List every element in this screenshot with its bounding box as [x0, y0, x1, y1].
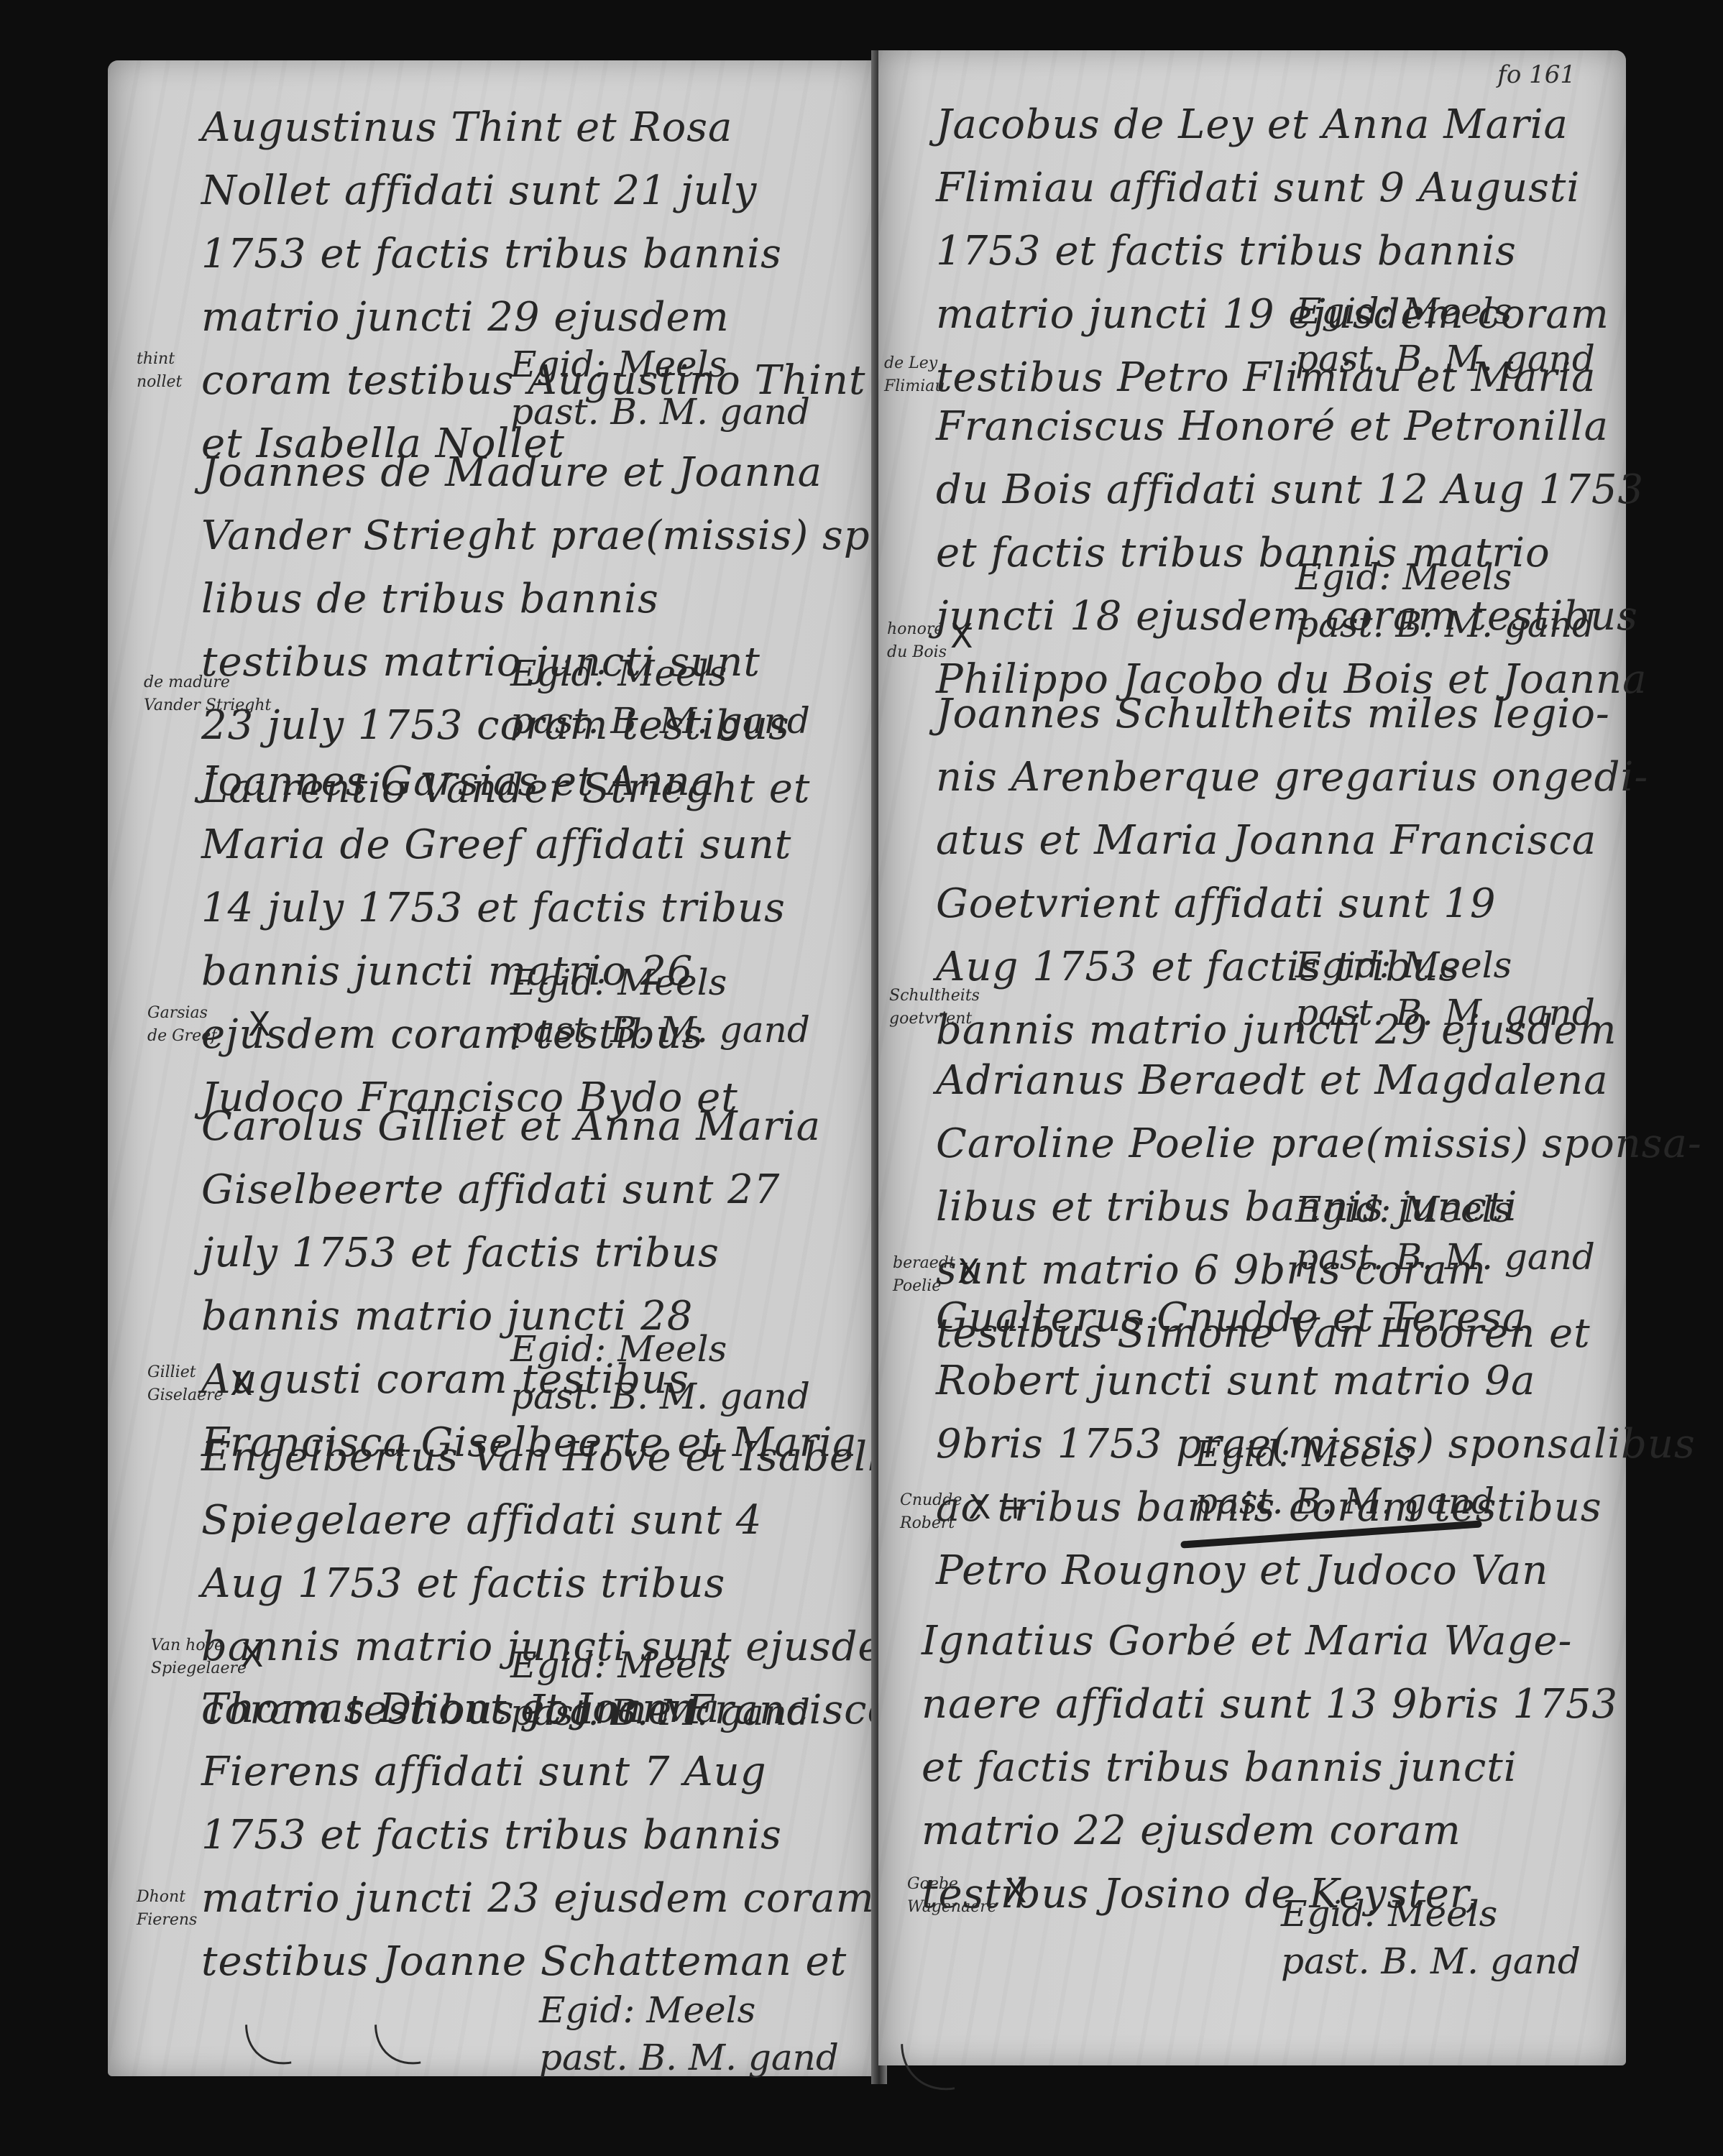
- left-page: Augustinus Thint et Rosa Nollet affidati…: [108, 60, 877, 2076]
- signature-line: Egid: Meels: [1195, 1430, 1494, 1478]
- priest-signature: Egid: Meels past. B. M. gand: [539, 1986, 839, 2081]
- margin-surname-note: Dhont Fierens: [137, 1886, 197, 1932]
- margin-line: beraedt: [893, 1252, 955, 1275]
- margin-line: Van hove: [151, 1634, 247, 1657]
- entry-line: matrio juncti 23 ejusdem coram: [201, 1867, 875, 1930]
- entry-line: 1753 et factis tribus bannis: [936, 220, 1609, 283]
- cross-mark-icon: X: [957, 1255, 980, 1288]
- entry-line: Maria de Greef affidati sunt: [201, 814, 791, 877]
- margin-line: nollet: [137, 371, 182, 394]
- entry-line: nis Arenberque gregarius ongedi-: [936, 746, 1648, 809]
- priest-signature: Egid: Meels past. B. M. gand: [510, 650, 810, 745]
- signature-line: past. B. M. gand: [1195, 1478, 1494, 1525]
- entry-line: Petro Rougnoy et Judoco Van: [936, 1539, 1696, 1603]
- signature-line: Egid: Meels: [1295, 287, 1595, 335]
- signature-line: past. B. M. gand: [510, 1006, 810, 1054]
- entry-line: Franciscus Honoré et Petronilla: [936, 395, 1648, 459]
- entry-line: 1753 et factis tribus bannis: [201, 223, 865, 286]
- entry-line: Thomas Dhont et Joanna: [201, 1677, 875, 1741]
- register-entry: Joannes Garsias et Anna Maria de Greef a…: [201, 750, 791, 1130]
- signature-line: Egid: Meels: [539, 1986, 839, 2034]
- priest-signature: Egid: Meels past. B. M. gand: [1281, 1890, 1581, 1985]
- entry-line: Joannes de Madure et Joanna: [201, 441, 982, 505]
- margin-surname-note: Van hove Spiegelaere: [151, 1634, 247, 1680]
- entry-line: Gualterus Cnudde et Teresa: [936, 1286, 1696, 1350]
- margin-surname-note: Goebe Wagenaere: [907, 1873, 997, 1919]
- margin-line: Schultheits: [889, 985, 980, 1008]
- signature-line: past. B. M. gand: [1281, 1938, 1581, 1985]
- cross-mark-icon: X: [1004, 1874, 1027, 1907]
- priest-signature: Egid: Meels past. B. M. gand: [510, 341, 810, 436]
- margin-surname-note: honoré du Bois: [887, 618, 947, 664]
- margin-line: thint: [137, 348, 182, 371]
- priest-signature: Egid: Meels past. B. M. gand: [1195, 1430, 1494, 1525]
- entry-line: Vander Strieght prae(missis) sponsa-: [201, 505, 982, 568]
- margin-line: Giselaere: [147, 1384, 224, 1407]
- entry-line: 1753 et factis tribus bannis: [201, 1804, 875, 1867]
- cross-mark-icon: X: [950, 619, 973, 653]
- priest-signature: Egid: Meels past. B. M. gand: [1295, 287, 1595, 382]
- entry-line: atus et Maria Joanna Francisca: [936, 809, 1648, 872]
- margin-line: Robert: [900, 1512, 962, 1535]
- entry-line: Flimiau affidati sunt 9 Augusti: [936, 157, 1609, 220]
- cross-mark-icon: X: [248, 1008, 271, 1041]
- entry-line: Engelbertus Van Hove et Isabella: [201, 1426, 922, 1489]
- priest-signature: Egid: Meels past. B. M. gand: [1295, 553, 1595, 648]
- signature-line: past. B. M. gand: [510, 697, 810, 745]
- entry-line: matrio 22 ejusdem coram: [922, 1800, 1618, 1863]
- priest-signature: Egid: Meels past. B. M. gand: [510, 1325, 810, 1420]
- signature-line: past. B. M. gand: [510, 1373, 810, 1420]
- signature-line: past. B. M. gand: [1295, 601, 1595, 648]
- entry-line: du Bois affidati sunt 12 Aug 1753: [936, 459, 1648, 522]
- cross-mark-icon: X +: [968, 1491, 1029, 1524]
- signature-line: Egid: Meels: [510, 341, 810, 388]
- margin-line: Garsias: [147, 1002, 216, 1025]
- register-entry: Thomas Dhont et Joanna Fierens affidati …: [201, 1677, 875, 1994]
- entry-line: Spiegelaere affidati sunt 4: [201, 1489, 922, 1552]
- entry-line: Jacobus de Ley et Anna Maria: [936, 93, 1609, 157]
- entry-line: july 1753 et factis tribus: [201, 1222, 858, 1285]
- entry-line: Giselbeerte affidati sunt 27: [201, 1158, 858, 1222]
- entry-line: Adrianus Beraedt et Magdalena: [936, 1049, 1702, 1112]
- entry-line: Ignatius Gorbé et Maria Wage-: [922, 1610, 1618, 1673]
- margin-line: du Bois: [887, 641, 947, 664]
- entry-line: Nollet affidati sunt 21 july: [201, 160, 865, 223]
- entry-line: matrio juncti 29 ejusdem: [201, 286, 865, 349]
- entry-line: Goetvrient affidati sunt 19: [936, 872, 1648, 936]
- margin-line: de Ley: [884, 352, 945, 375]
- entry-line: naere affidati sunt 13 9bris 1753: [922, 1673, 1618, 1736]
- folio-number: fo 161: [1497, 60, 1576, 89]
- signature-line: Egid: Meels: [510, 1325, 810, 1373]
- signature-line: past. B. M. gand: [539, 2034, 839, 2081]
- margin-surname-note: Garsias de Greef: [147, 1002, 216, 1048]
- margin-surname-note: Schultheits goetvrient: [889, 985, 980, 1031]
- cross-mark-icon: X: [241, 1639, 264, 1672]
- signature-line: Egid: Meels: [1295, 1186, 1595, 1233]
- priest-signature: Egid: Meels past. B. M. gand: [510, 959, 810, 1054]
- entry-line: Fierens affidati sunt 7 Aug: [201, 1741, 875, 1804]
- margin-surname-note: de madure Vander Strieght: [144, 671, 271, 717]
- signature-line: Egid: Meels: [510, 959, 810, 1006]
- margin-surname-note: de Ley Flimiau: [884, 352, 945, 398]
- margin-surname-note: thint nollet: [137, 348, 182, 394]
- margin-line: goetvrient: [889, 1008, 980, 1031]
- margin-line: Cnudde: [900, 1489, 962, 1512]
- cross-mark-icon: X: [230, 1367, 253, 1400]
- ink-flourish: [876, 1944, 1042, 2114]
- margin-line: Wagenaere: [907, 1896, 997, 1919]
- margin-surname-note: Cnudde Robert: [900, 1489, 962, 1535]
- entry-line: et factis tribus bannis juncti: [922, 1736, 1618, 1800]
- margin-line: Fierens: [137, 1909, 197, 1932]
- margin-line: honoré: [887, 618, 947, 641]
- entry-line: Robert juncti sunt matrio 9a: [936, 1350, 1696, 1413]
- signature-line: past. B. M. gand: [1295, 335, 1595, 382]
- signature-line: Egid: Meels: [510, 650, 810, 697]
- margin-surname-note: Gilliet Giselaere: [147, 1361, 224, 1407]
- entry-line: Joannes Schultheits miles legio-: [936, 683, 1648, 746]
- signature-line: past. B. M. gand: [1295, 1233, 1595, 1281]
- margin-line: de madure: [144, 671, 271, 694]
- entry-line: Joannes Garsias et Anna: [201, 750, 791, 814]
- signature-line: Egid: Meels: [1295, 941, 1595, 989]
- entry-line: Augustinus Thint et Rosa: [201, 96, 865, 160]
- entry-line: 14 july 1753 et factis tribus: [201, 877, 791, 940]
- entry-line: Carolus Gilliet et Anna Maria: [201, 1095, 858, 1158]
- signature-line: past. B. M. gand: [510, 388, 810, 436]
- signature-line: past. B. M. gand: [1295, 989, 1595, 1036]
- signature-line: Egid: Meels: [1295, 553, 1595, 601]
- right-page: fo 161 Jacobus de Ley et Anna Maria Flim…: [878, 50, 1626, 2065]
- margin-line: Dhont: [137, 1886, 197, 1909]
- margin-line: Goebe: [907, 1873, 997, 1896]
- priest-signature: Egid: Meels past. B. M. gand: [1295, 1186, 1595, 1281]
- margin-line: Vander Strieght: [144, 694, 271, 717]
- margin-line: Gilliet: [147, 1361, 224, 1384]
- entry-line: Aug 1753 et factis tribus: [201, 1552, 922, 1616]
- entry-line: libus de tribus bannis: [201, 568, 982, 631]
- priest-signature: Egid: Meels past. B. M. gand: [1295, 941, 1595, 1036]
- margin-line: de Greef: [147, 1025, 216, 1048]
- signature-line: Egid: Meels: [1281, 1890, 1581, 1938]
- entry-line: Caroline Poelie prae(missis) sponsa-: [936, 1112, 1702, 1176]
